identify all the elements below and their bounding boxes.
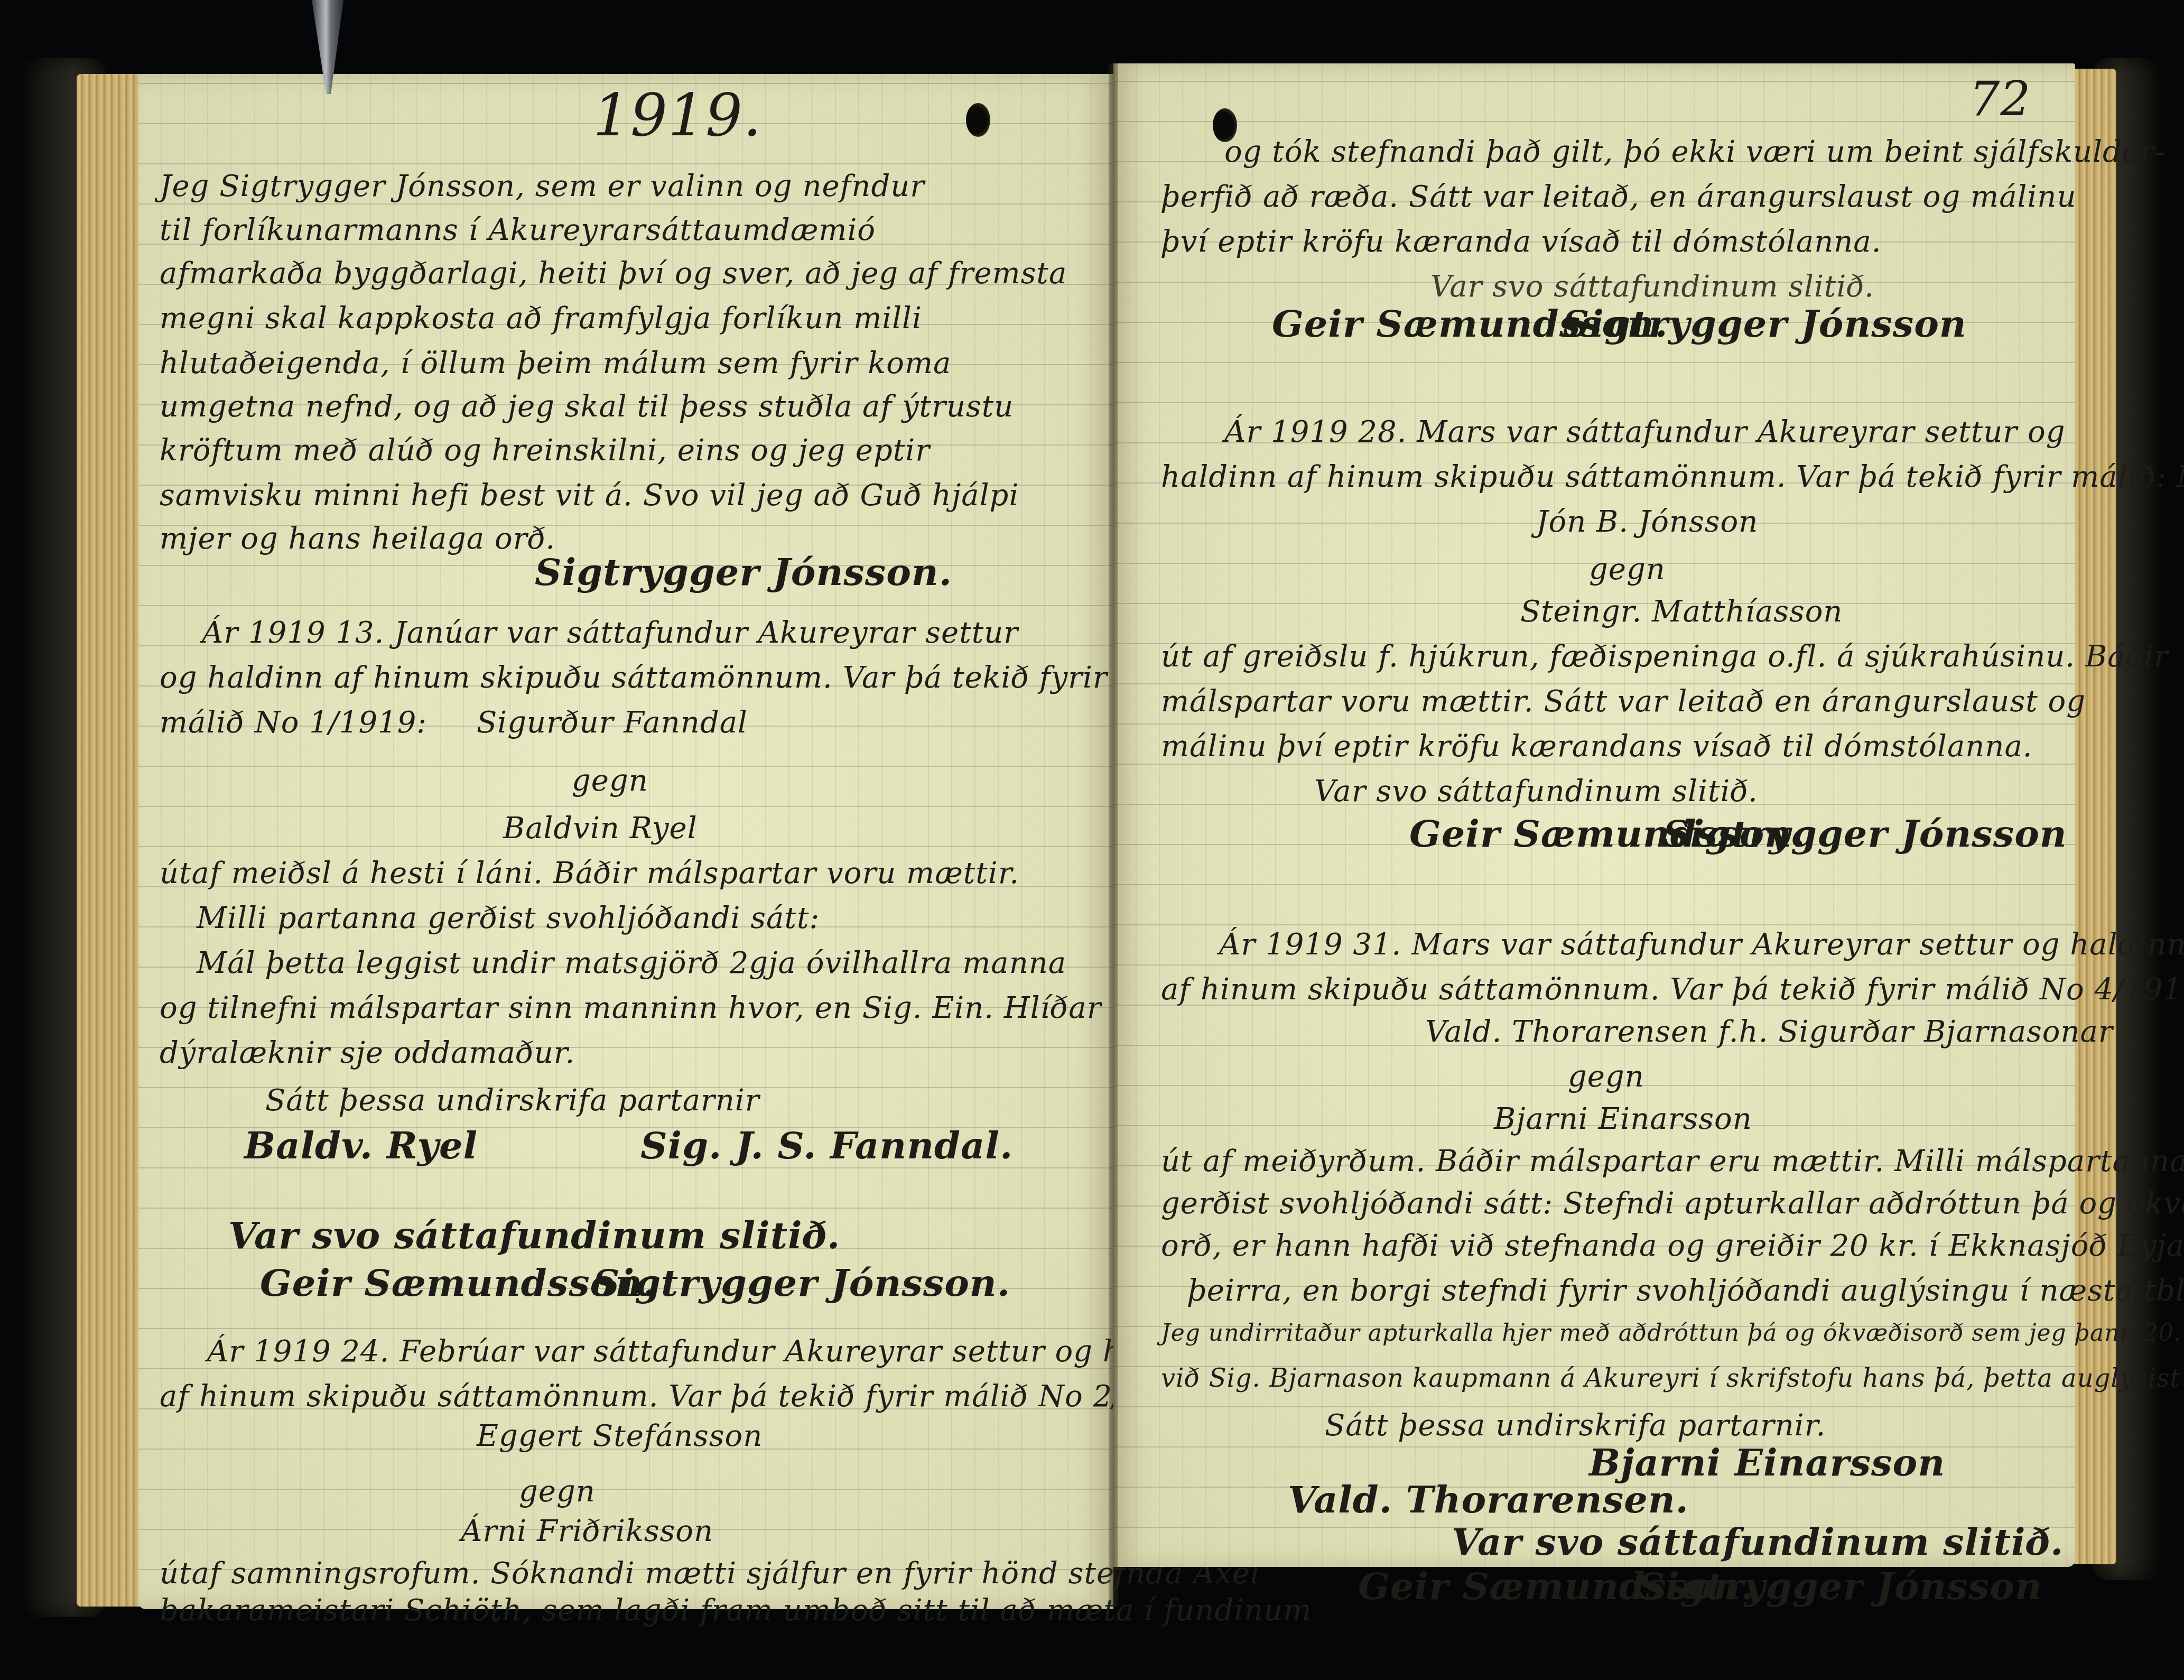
left-page: 1919. Jeg Sigtrygger Jónsson, sem er val… (138, 74, 1113, 1609)
oath-line: Jeg Sigtrygger Jónsson, sem er valinn og… (160, 166, 925, 207)
case-body-line: út af greiðslu f. hjúkrun, fæðispeninga … (1161, 637, 2169, 677)
right-page: 72 og tók stefnandi það gilt, þó ekki væ… (1113, 63, 2075, 1567)
defendant: Árni Friðriksson (461, 1511, 713, 1552)
year-header: 1919. (593, 95, 762, 135)
case-body-line: Mál þetta leggist undir matsgjörð 2gja ó… (197, 943, 1066, 983)
case-body-line: út af meiðyrðum. Báðir málspartar eru mæ… (1161, 1141, 2184, 1182)
case-body-line: útaf meiðsl á hesti í láni. Báðir málspa… (160, 853, 1019, 894)
oath-line: afmarkaða byggðarlagi, heiti því og sver… (160, 254, 1067, 294)
party-signature: Sig. J. S. Fanndal. (640, 1126, 1013, 1166)
case-body-line: málspartar voru mættir. Sátt var leitað … (1161, 682, 2086, 722)
case-heading-line: og haldinn af hinum skipuðu sáttamönnum.… (160, 658, 1108, 698)
case-heading-line: Ár 1919 24. Febrúar var sáttafundur Akur… (207, 1332, 1219, 1372)
case-body-line: Jeg undirritaður apturkalla hjer með aðd… (1161, 1313, 2184, 1353)
case-body-line: þeirra, en borgi stefndi fyrir svohljóða… (1187, 1271, 2184, 1311)
party-signature: Vald. Thorarensen. (1288, 1480, 1689, 1520)
case-body-line: þerfið að ræða. Sátt var leitað, en áran… (1161, 177, 2077, 217)
page-edges-left (77, 74, 140, 1607)
oath-line: mjer og hans heilaga orð. (160, 519, 555, 559)
signed-line: Sátt þessa undirskrifa partarnir. (1325, 1406, 1826, 1446)
signed-line: Sátt þessa undirskrifa partarnir (265, 1081, 760, 1121)
oath-line: umgetna nefnd, og að jeg skal til þess s… (160, 387, 1014, 427)
closing-line: Var svo sáttafundinum slitið. (1430, 267, 1874, 307)
case-body-line: orð, er hann hafði við stefnanda og grei… (1161, 1226, 2184, 1266)
closing-line: Var svo sáttafundinum slitið. (1452, 1522, 2064, 1562)
case-body-line: og tók stefnandi það gilt, þó ekki væri … (1224, 132, 2166, 172)
official-signature: Sigtrygger Jónsson (1663, 814, 2067, 854)
oath-line: megni skal kappkosta að framfylgja forlí… (160, 299, 922, 339)
case-heading-line: haldinn af hinum skipuðu sáttamönnum. Va… (1161, 457, 2184, 497)
plaintiff: Sigurður Fanndal (477, 703, 748, 743)
defendant: Baldvin Ryel (503, 809, 698, 849)
plaintiff: Eggert Stefánsson (477, 1416, 763, 1456)
case-number: málið No 1/1919: (160, 703, 427, 743)
case-heading-line: Ár 1919 31. Mars var sáttafundur Akureyr… (1219, 925, 2184, 965)
case-body-line: því eptir kröfu kæranda vísað til dómstó… (1161, 222, 1882, 262)
versus-label: gegn (1568, 1057, 1644, 1097)
party-signature: Baldv. Ryel (244, 1126, 478, 1166)
book-gutter (1109, 63, 1118, 1607)
oath-signature: Sigtrygger Jónsson. (535, 552, 952, 592)
defendant: Bjarni Einarsson (1494, 1099, 1752, 1139)
case-body-line: Milli partanna gerðist svohljóðandi sátt… (197, 898, 820, 939)
case-body-line: og tilnefni málspartar sinn manninn hvor… (160, 988, 1101, 1028)
case-body-line: dýralæknir sje oddamaður. (160, 1033, 575, 1073)
official-signature: Sigtrygger Jónsson. (593, 1263, 1010, 1303)
punch-hole (1213, 108, 1237, 142)
official-signature: Sigtrygger Jónsson (1563, 304, 1967, 344)
case-body-line: gerðist svohljóðandi sátt: Stefndi aptur… (1161, 1184, 2184, 1224)
case-body-line: útaf samningsrofum. Sóknandi mætti sjálf… (160, 1554, 1260, 1594)
official-signature: Sigtrygger Jónsson (1638, 1564, 2042, 1608)
oath-line: kröftum með alúð og hreinskilni, eins og… (160, 431, 930, 471)
oath-line: til forlíkunarmanns í Akureyrarsáttaumdæ… (160, 210, 876, 250)
closing-line: Var svo sáttafundinum slitið. (228, 1215, 840, 1256)
closing-line: Var svo sáttafundinum slitið. (1314, 772, 1758, 812)
plaintiff: Vald. Thorarensen f.h. Sigurðar Bjarnaso… (1425, 1012, 2113, 1052)
case-heading-line: Ár 1919 28. Mars var sáttafundur Akureyr… (1224, 412, 2065, 452)
party-signature: Bjarni Einarsson (1589, 1443, 1945, 1483)
page-number: 72 (1969, 79, 2031, 119)
versus-label: gegn (572, 761, 648, 801)
plaintiff: Jón B. Jónsson (1536, 502, 1758, 542)
oath-line: samvisku minni hefi best vit á. Svo vil … (160, 476, 1019, 516)
case-heading-line: af hinum skipuðu sáttamönnum. Var þá tek… (1161, 970, 2184, 1010)
case-body-line: við Sig. Bjarnason kaupmann á Akureyri í… (1161, 1358, 2184, 1398)
oath-line: hlutaðeigenda, í öllum þeim málum sem fy… (160, 344, 952, 384)
defendant: Steingr. Matthíasson (1520, 592, 1843, 632)
versus-label: gegn (1589, 550, 1666, 590)
case-heading-line: Ár 1919 13. Janúar var sáttafundur Akure… (202, 613, 1018, 653)
punch-hole (966, 103, 990, 137)
case-body-line: bakarameistari Schiöth, sem lagði fram u… (160, 1591, 1312, 1631)
versus-label: gegn (519, 1472, 596, 1512)
case-heading-line: af hinum skipuðu sáttamönnum. Var þá tek… (160, 1377, 1201, 1417)
case-body-line: málinu því eptir kröfu kærandans vísað t… (1161, 727, 2033, 767)
